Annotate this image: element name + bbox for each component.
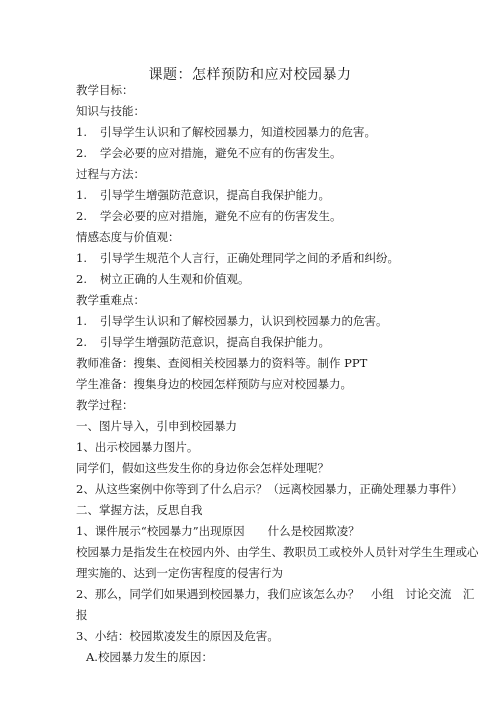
document-page: 课题：怎样预防和应对校园暴力 教学目标：知识与技能：1.引导学生认识和了解校园暴… — [0, 0, 500, 707]
text-line: 教学过程： — [76, 397, 134, 413]
text-line: 同学们，假如这些发生你的身边你会怎样处理呢？ — [76, 460, 329, 476]
text-line: 过程与方法： — [76, 166, 145, 182]
text-line: 2、从这些案例中你等到了什么启示？（远离校园暴力，正确处理暴力事件） — [76, 481, 463, 497]
line-text: 树立正确的人生观和价值观。 — [100, 272, 250, 286]
line-text: 3、小结：校园欺凌发生的原因及危害。 — [76, 629, 279, 643]
line-text: 引导学生认识和了解校园暴力，知道校园暴力的危害。 — [100, 125, 376, 139]
line-text: 2、那么，同学们如果遇到校园暴力，我们应该怎么办？ 小组 讨论交流 汇 — [76, 587, 474, 601]
text-line: 校园暴力是指发生在校园内外、由学生、教职员工或校外人员针对学生生理或心 — [76, 544, 479, 560]
text-line: 一、图片导入，引申到校园暴力 — [76, 418, 237, 434]
numbered-line: 1.引导学生认识和了解校园暴力，认识到校园暴力的危害。 — [76, 313, 388, 329]
text-line: 教师准备：搜集、查阅相关校园暴力的资料等。制作 PPT — [76, 355, 367, 371]
numbered-line: 2.学会必要的应对措施，避免不应有的伤害发生。 — [76, 208, 342, 224]
line-number: 2. — [76, 271, 100, 287]
line-text: 教学过程： — [76, 398, 134, 412]
numbered-line: 1.引导学生认识和了解校园暴力，知道校园暴力的危害。 — [76, 124, 376, 140]
text-line: 知识与技能： — [76, 103, 145, 119]
text-line: 1、出示校园暴力图片。 — [76, 439, 198, 455]
numbered-line: 2.树立正确的人生观和价值观。 — [76, 271, 250, 287]
line-number: 2. — [76, 145, 100, 161]
text-line: 3、小结：校园欺凌发生的原因及危害。 — [76, 628, 279, 644]
text-line: 1、课件展示“校园暴力”出现原因 什么是校园欺凌？ — [76, 523, 360, 539]
line-text: A.校园暴力发生的原因： — [86, 650, 213, 664]
line-text: 教学重难点： — [76, 293, 145, 307]
line-text: 知识与技能： — [76, 104, 145, 118]
line-number: 1. — [76, 187, 100, 203]
numbered-line: 2.学会必要的应对措施，避免不应有的伤害发生。 — [76, 145, 342, 161]
text-line: 报 — [76, 607, 88, 623]
numbered-line: 2.引导学生增强防范意识，提高自我保护能力。 — [76, 334, 330, 350]
line-number: 1. — [76, 313, 100, 329]
line-text: 一、图片导入，引申到校园暴力 — [76, 419, 237, 433]
text-line: 教学重难点： — [76, 292, 145, 308]
line-number: 2. — [76, 208, 100, 224]
line-text: 校园暴力是指发生在校园内外、由学生、教职员工或校外人员针对学生生理或心 — [76, 545, 479, 559]
line-text: 引导学生认识和了解校园暴力，认识到校园暴力的危害。 — [100, 314, 388, 328]
line-text: 报 — [76, 608, 88, 622]
numbered-line: 1.引导学生规范个人言行，正确处理同学之间的矛盾和纠纷。 — [76, 250, 399, 266]
text-line: 二、掌握方法，反思自我 — [76, 502, 203, 518]
text-line: 学生准备：搜集身边的校园怎样预防与应对校园暴力。 — [76, 376, 352, 392]
line-text: 引导学生增强防范意识，提高自我保护能力。 — [100, 335, 330, 349]
line-text: 教学目标： — [76, 83, 134, 97]
line-text: 2、从这些案例中你等到了什么启示？（远离校园暴力，正确处理暴力事件） — [76, 482, 463, 496]
line-text: 学会必要的应对措施，避免不应有的伤害发生。 — [100, 209, 342, 223]
text-line: 情感态度与价值观： — [76, 229, 180, 245]
line-text: 理实施的、达到一定伤害程度的侵害行为 — [76, 566, 283, 580]
line-number: 1. — [76, 124, 100, 140]
text-line: A.校园暴力发生的原因： — [86, 649, 213, 665]
line-text: 1、出示校园暴力图片。 — [76, 440, 198, 454]
line-text: 学生准备：搜集身边的校园怎样预防与应对校园暴力。 — [76, 377, 352, 391]
line-text: 教师准备：搜集、查阅相关校园暴力的资料等。制作 PPT — [76, 356, 367, 370]
document-title: 课题：怎样预防和应对校园暴力 — [0, 64, 500, 84]
line-text: 学会必要的应对措施，避免不应有的伤害发生。 — [100, 146, 342, 160]
line-number: 2. — [76, 334, 100, 350]
line-text: 二、掌握方法，反思自我 — [76, 503, 203, 517]
line-text: 情感态度与价值观： — [76, 230, 180, 244]
text-line: 教学目标： — [76, 82, 134, 98]
line-text: 引导学生增强防范意识，提高自我保护能力。 — [100, 188, 330, 202]
line-text: 引导学生规范个人言行，正确处理同学之间的矛盾和纠纷。 — [100, 251, 399, 265]
line-text: 1、课件展示“校园暴力”出现原因 什么是校园欺凌？ — [76, 524, 360, 538]
text-line: 理实施的、达到一定伤害程度的侵害行为 — [76, 565, 283, 581]
line-text: 过程与方法： — [76, 167, 145, 181]
line-number: 1. — [76, 250, 100, 266]
numbered-line: 1.引导学生增强防范意识，提高自我保护能力。 — [76, 187, 330, 203]
text-line: 2、那么，同学们如果遇到校园暴力，我们应该怎么办？ 小组 讨论交流 汇 — [76, 586, 474, 602]
line-text: 同学们，假如这些发生你的身边你会怎样处理呢？ — [76, 461, 329, 475]
